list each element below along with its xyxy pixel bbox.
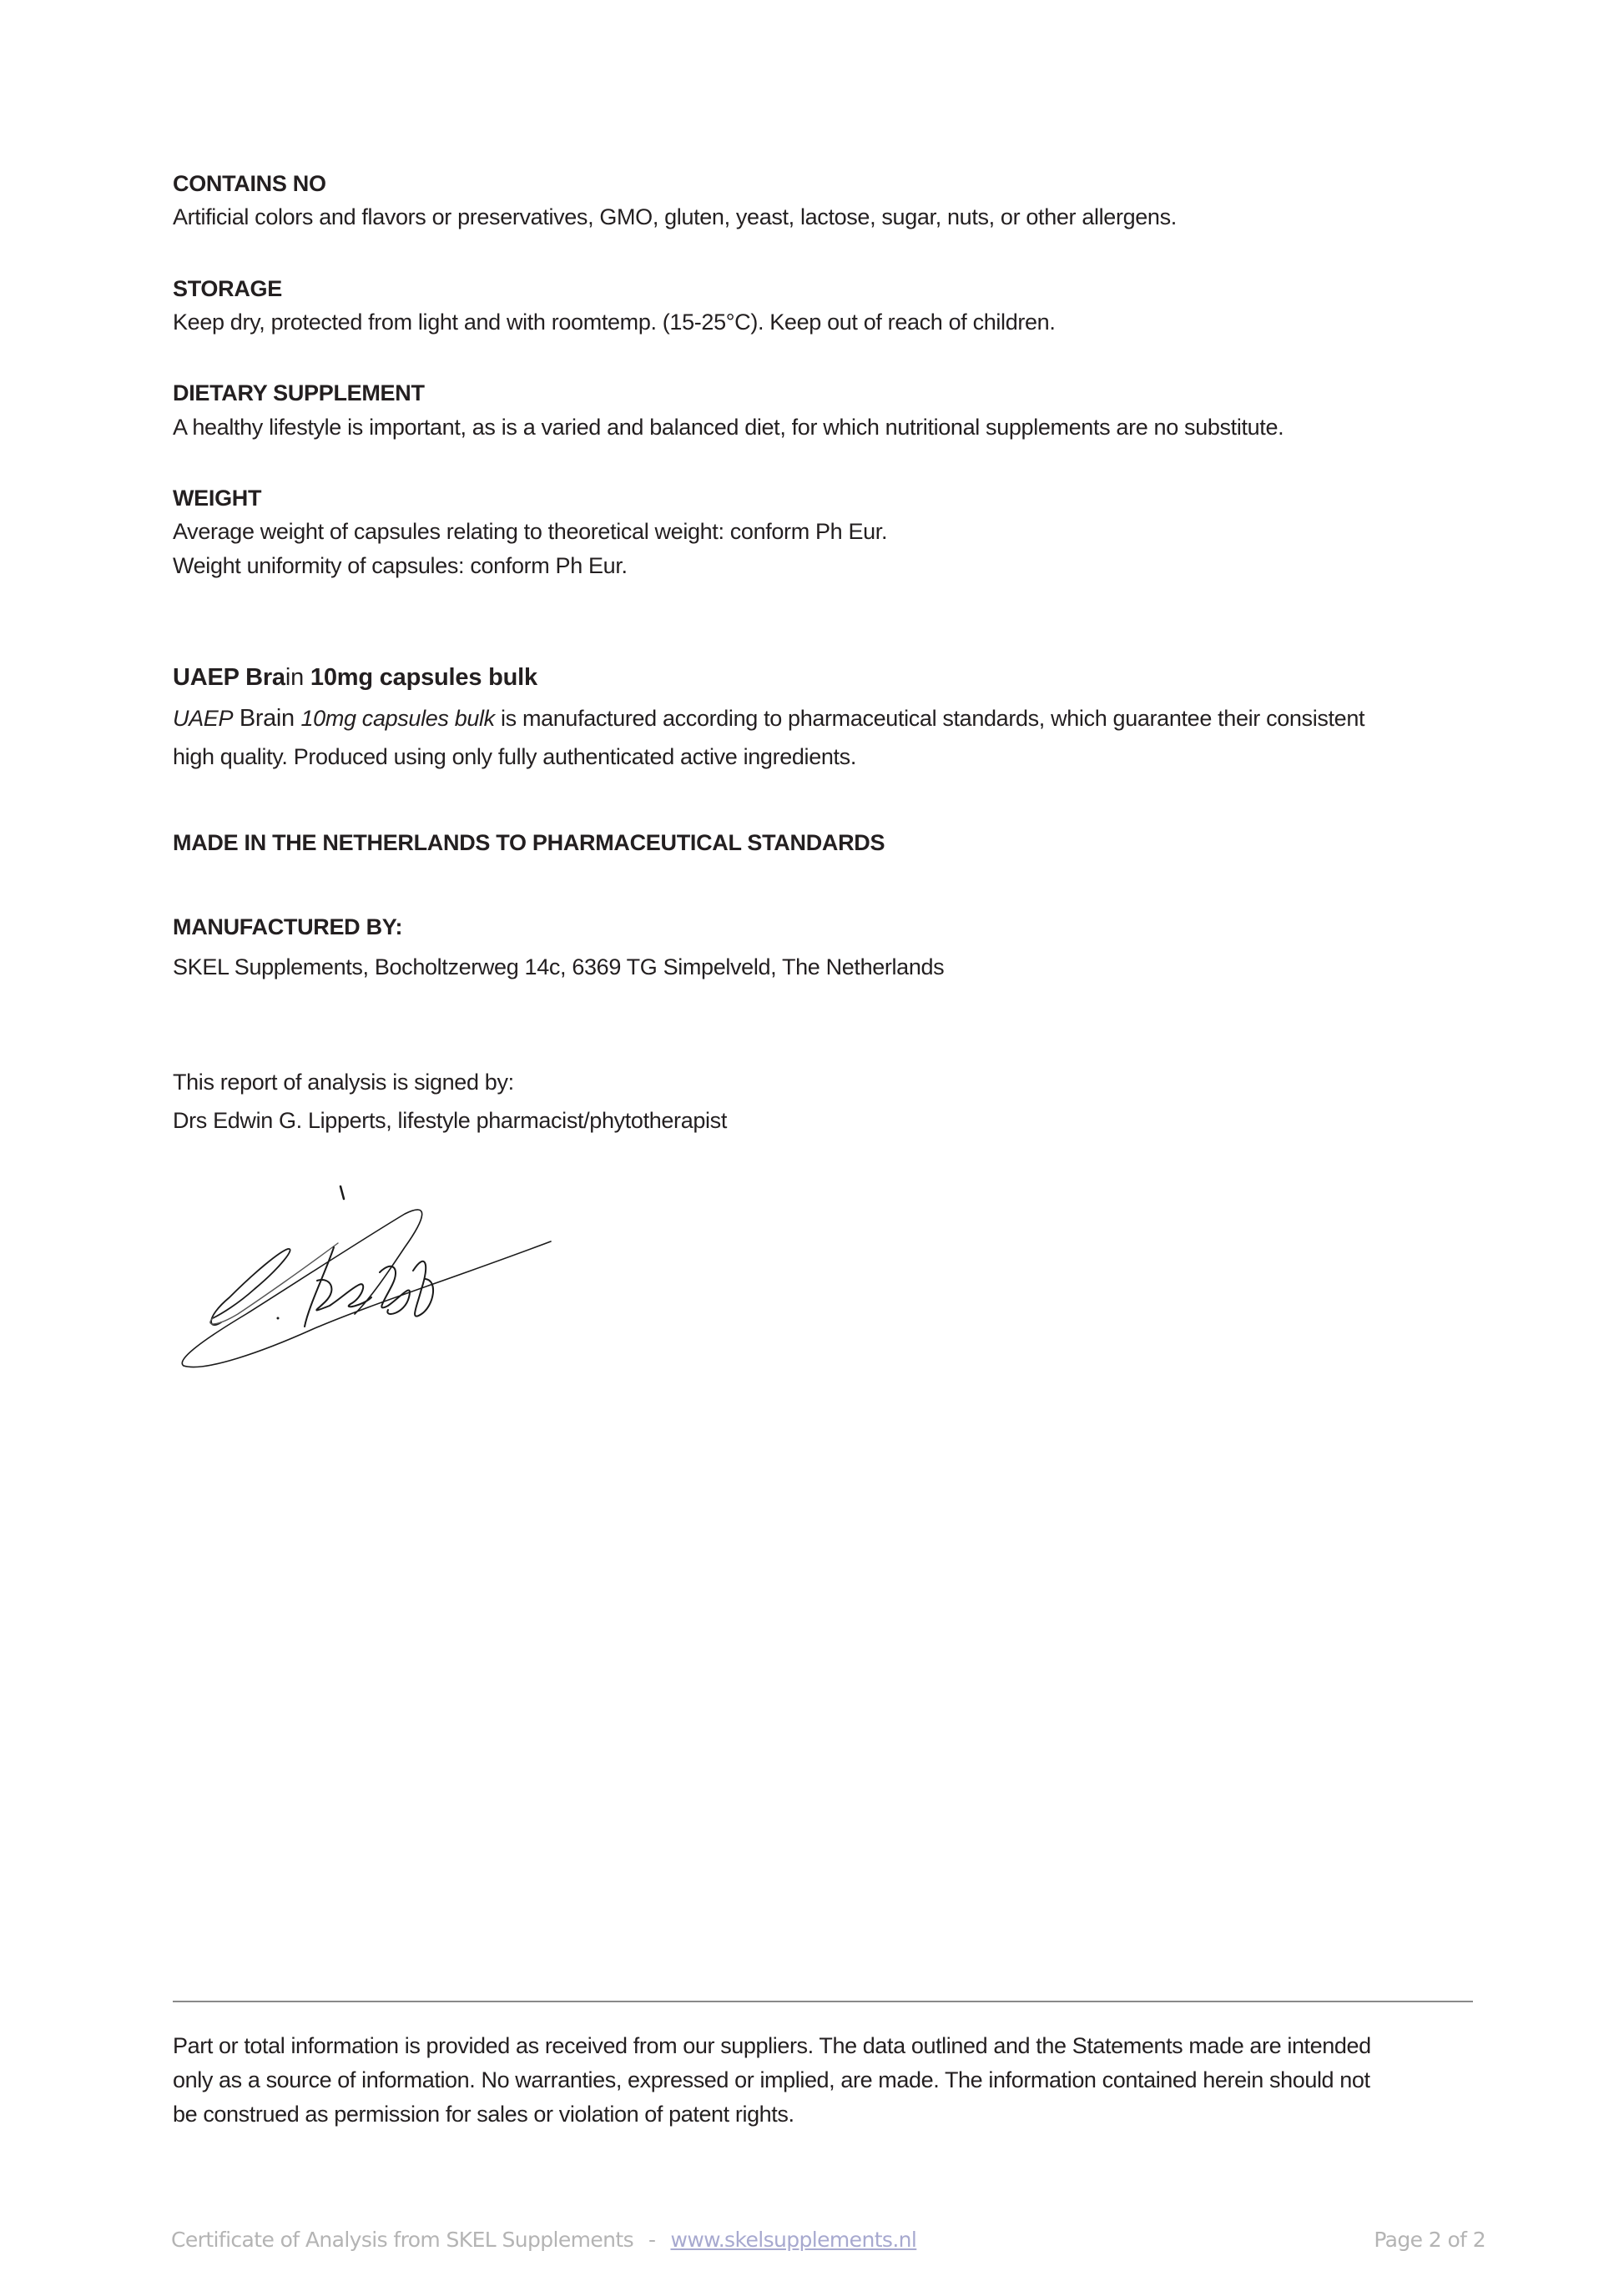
disclaimer-line: be construed as permission for sales or …	[173, 2097, 1483, 2132]
product-desc-brand: Brain	[233, 705, 300, 732]
section-text-weight-average: Average weight of capsules relating to t…	[173, 514, 887, 549]
product-desc-italic-uaep: UAEP	[173, 706, 233, 731]
document-page: CONTAINS NO Artificial colors and flavor…	[0, 0, 1624, 2296]
section-text-weight-uniformity: Weight uniformity of capsules: conform P…	[173, 548, 628, 583]
manufacturer-heading: MANUFACTURED BY:	[173, 913, 402, 941]
disclaimer-line: only as a source of information. No warr…	[173, 2063, 1483, 2097]
footer-divider	[173, 2001, 1473, 2002]
section-heading-storage: STORAGE	[173, 274, 282, 303]
signed-by-label: This report of analysis is signed by:	[173, 1063, 514, 1101]
section-text-dietary-supplement: A healthy lifestyle is important, as is …	[173, 410, 1284, 445]
product-title: UAEP Brain 10mg capsules bulk	[173, 662, 537, 692]
footer-website-link[interactable]: www.skelsupplements.nl	[670, 2228, 916, 2252]
section-text-storage: Keep dry, protected from light and with …	[173, 305, 1056, 340]
product-description-line2: high quality. Produced using only fully …	[173, 738, 856, 776]
section-text-contains-no: Artificial colors and flavors or preserv…	[173, 199, 1177, 234]
product-title-part2: in	[285, 664, 304, 691]
footer-separator: -	[648, 2228, 655, 2252]
manufacturer-address: SKEL Supplements, Bocholtzerweg 14c, 636…	[173, 948, 944, 986]
product-desc-rest: is manufactured according to pharmaceuti…	[495, 706, 1364, 731]
disclaimer: Part or total information is provided as…	[173, 2029, 1483, 2132]
page-number: Page 2 of 2	[1374, 2228, 1485, 2253]
signatory-name: Drs Edwin G. Lipperts, lifestyle pharmac…	[173, 1101, 727, 1140]
product-title-part1: UAEP Bra	[173, 664, 285, 691]
product-description-line1: UAEP Brain 10mg capsules bulk is manufac…	[173, 699, 1364, 738]
disclaimer-line: Part or total information is provided as…	[173, 2029, 1483, 2063]
product-title-part3: 10mg capsules bulk	[304, 664, 537, 691]
section-heading-dietary-supplement: DIETARY SUPPLEMENT	[173, 379, 425, 407]
page-footer-left: Certificate of Analysis from SKEL Supple…	[171, 2228, 916, 2253]
section-heading-contains-no: CONTAINS NO	[173, 169, 326, 198]
made-in-statement: MADE IN THE NETHERLANDS TO PHARMACEUTICA…	[173, 828, 885, 857]
footer-certificate-text: Certificate of Analysis from SKEL Supple…	[171, 2228, 633, 2252]
product-desc-italic-spec: 10mg capsules bulk	[301, 706, 495, 731]
signature-icon	[171, 1172, 555, 1377]
section-heading-weight: WEIGHT	[173, 484, 261, 512]
